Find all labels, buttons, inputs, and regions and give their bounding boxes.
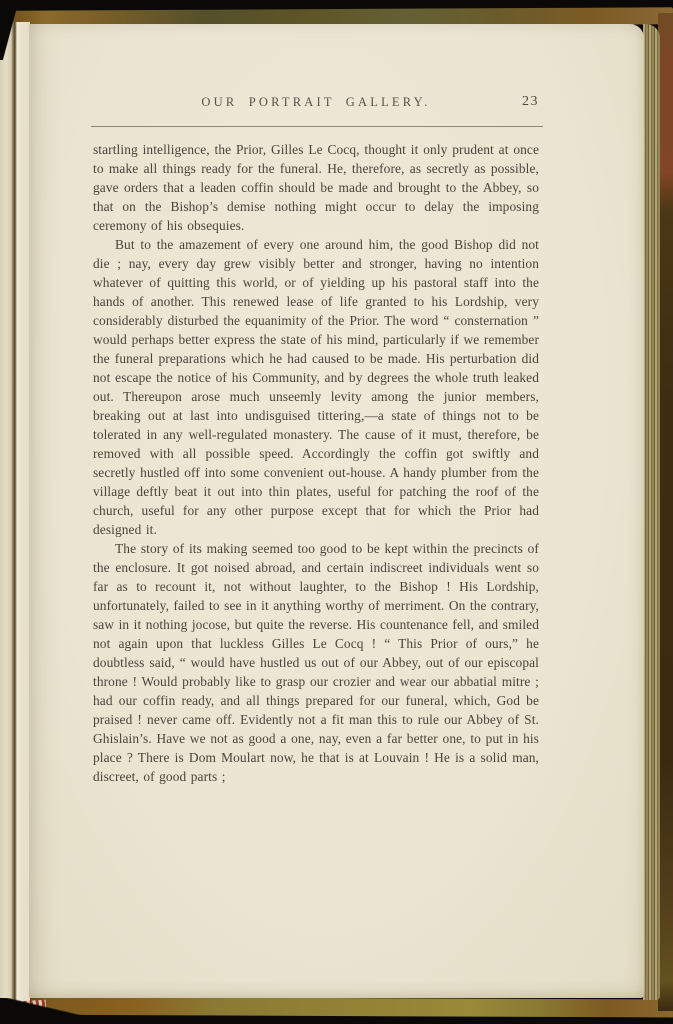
running-header: OUR PORTRAIT GALLERY. 23 [93,94,539,110]
book-page: OUR PORTRAIT GALLERY. 23 startling intel… [29,24,644,998]
left-page-edges [0,22,30,1002]
page-content: OUR PORTRAIT GALLERY. 23 startling intel… [93,94,539,786]
page-number: 23 [522,94,539,110]
page-fore-edge [643,24,660,1000]
paragraph: But to the amazement of every one around… [93,235,539,539]
page-body: startling intelligence, the Prior, Gille… [93,140,539,786]
book-cover-right [658,13,673,1011]
paragraph: The story of its making seemed too good … [93,539,539,786]
shadow-corner-top-left [0,0,16,60]
header-rule [91,126,543,127]
photo-background: OUR PORTRAIT GALLERY. 23 startling intel… [0,0,673,1024]
running-header-title: OUR PORTRAIT GALLERY. [201,95,430,109]
shadow-corner-bottom-left [0,998,110,1024]
paragraph: startling intelligence, the Prior, Gille… [93,140,539,235]
